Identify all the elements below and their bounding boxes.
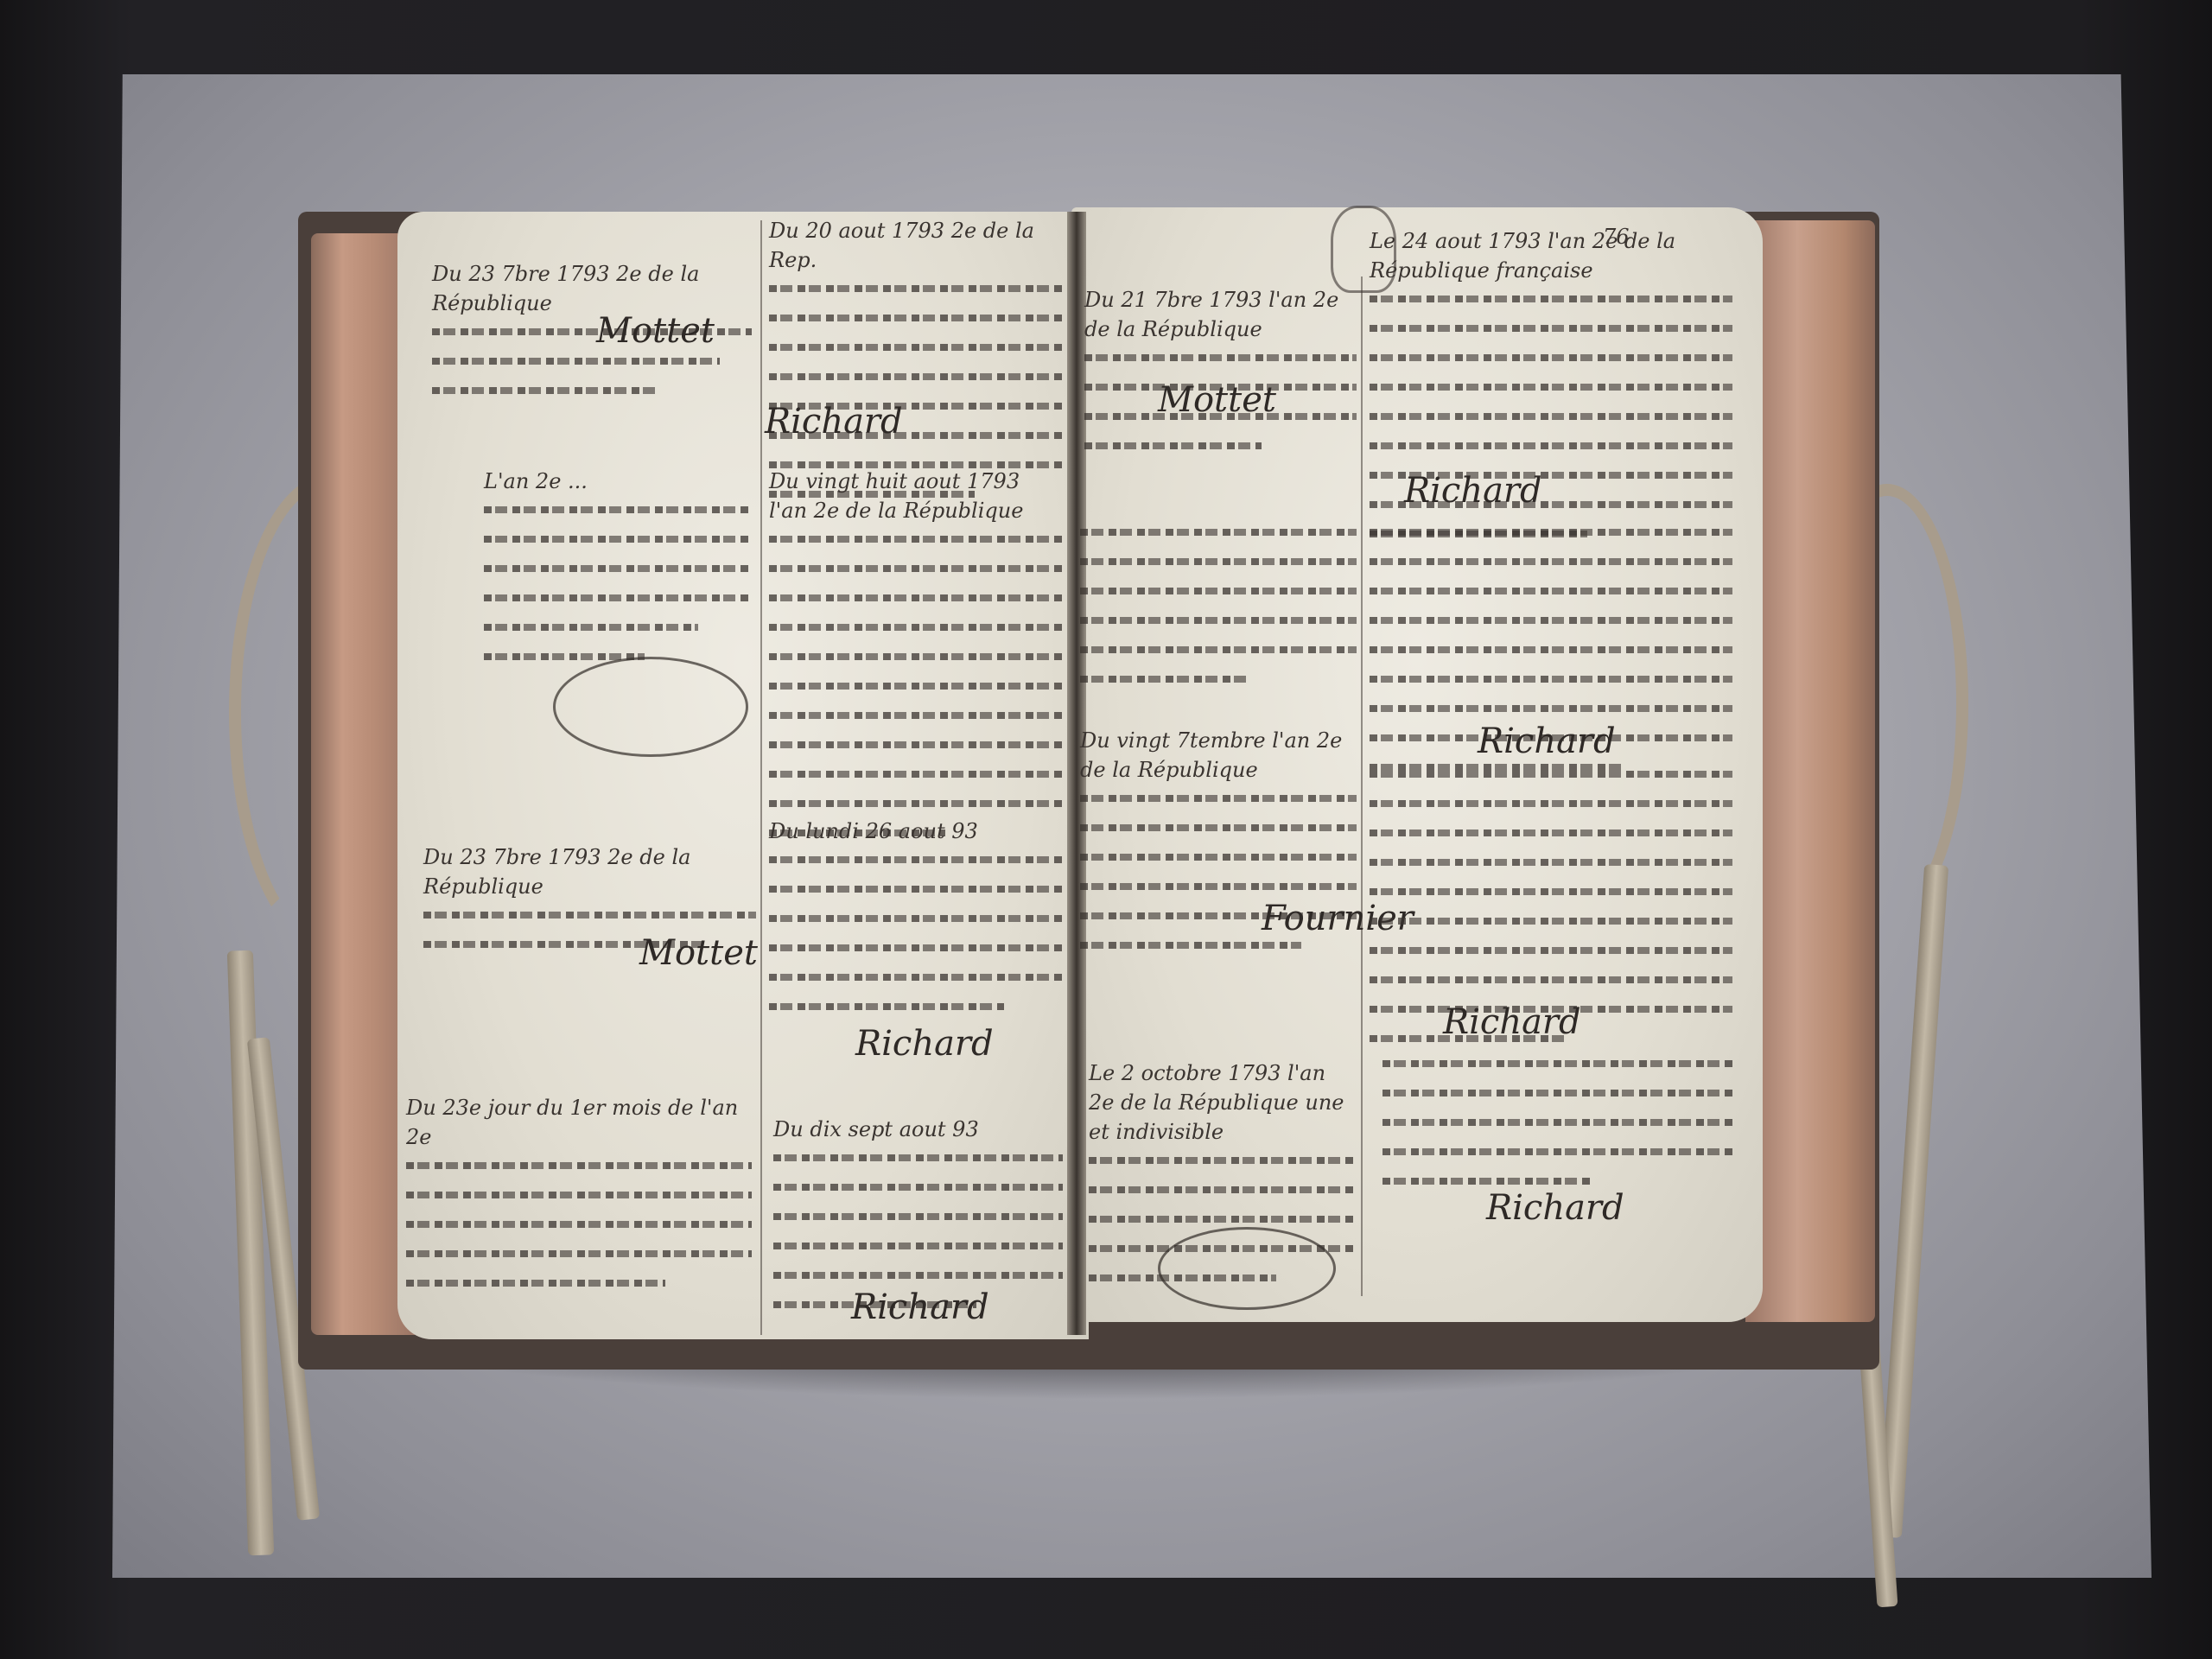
page-block-right-edge: [1745, 220, 1875, 1322]
entry-date: Du 20 aout 1793 2e de la Rep.: [769, 216, 1063, 275]
signature: Richard: [851, 1287, 989, 1327]
entry-date: Du dix sept aout 93: [773, 1115, 1063, 1144]
signature: Richard: [1404, 471, 1542, 511]
entry-date: Du 23 7bre 1793 2e de la République: [423, 842, 756, 901]
signature: Mottet: [1158, 380, 1276, 420]
entry-date: Du 23 7bre 1793 2e de la République: [432, 259, 752, 318]
entry-date: Du lundi 26 aout 93: [769, 817, 1063, 846]
entry: Du 21 7bre 1793 l'an 2e de la République: [1084, 285, 1357, 461]
signature: Mottet: [639, 933, 758, 973]
signature: Richard: [1443, 1002, 1581, 1042]
entry: L'an 2e ...: [484, 467, 752, 672]
signature: Richard: [1486, 1188, 1624, 1228]
entry-date: Le 2 octobre 1793 l'an 2e de la Républiq…: [1089, 1058, 1357, 1147]
entry: Du lundi 26 aout 93: [769, 817, 1063, 1022]
entry-date: Du vingt 7tembre l'an 2e de la Républiqu…: [1080, 726, 1357, 785]
signature: Richard: [765, 402, 903, 442]
signature: Mottet: [596, 311, 715, 351]
entry-date: Du vingt huit aout 1793 l'an 2e de la Ré…: [769, 467, 1063, 525]
right-page-column-rule: [1361, 276, 1363, 1296]
left-page-column-rule: [760, 220, 762, 1335]
entry-date: L'an 2e ...: [484, 467, 752, 496]
entry: [1080, 518, 1357, 695]
signature: Richard: [1478, 721, 1616, 761]
entry: Du 20 aout 1793 2e de la Rep.: [769, 216, 1063, 510]
signature-flourish: [553, 657, 748, 757]
entry: Du vingt huit aout 1793 l'an 2e de la Ré…: [769, 467, 1063, 849]
page-header: Le 24 aout 1793 l'an 2e de la République…: [1370, 226, 1732, 285]
entry-date: Du 23e jour du 1er mois de l'an 2e: [406, 1093, 752, 1152]
entry-date: Du 21 7bre 1793 l'an 2e de la République: [1084, 285, 1357, 344]
signature-flourish: [1158, 1227, 1336, 1310]
entry: Du 23e jour du 1er mois de l'an 2e: [406, 1093, 752, 1299]
entry: [1382, 1050, 1732, 1197]
signature: Richard: [855, 1024, 994, 1064]
